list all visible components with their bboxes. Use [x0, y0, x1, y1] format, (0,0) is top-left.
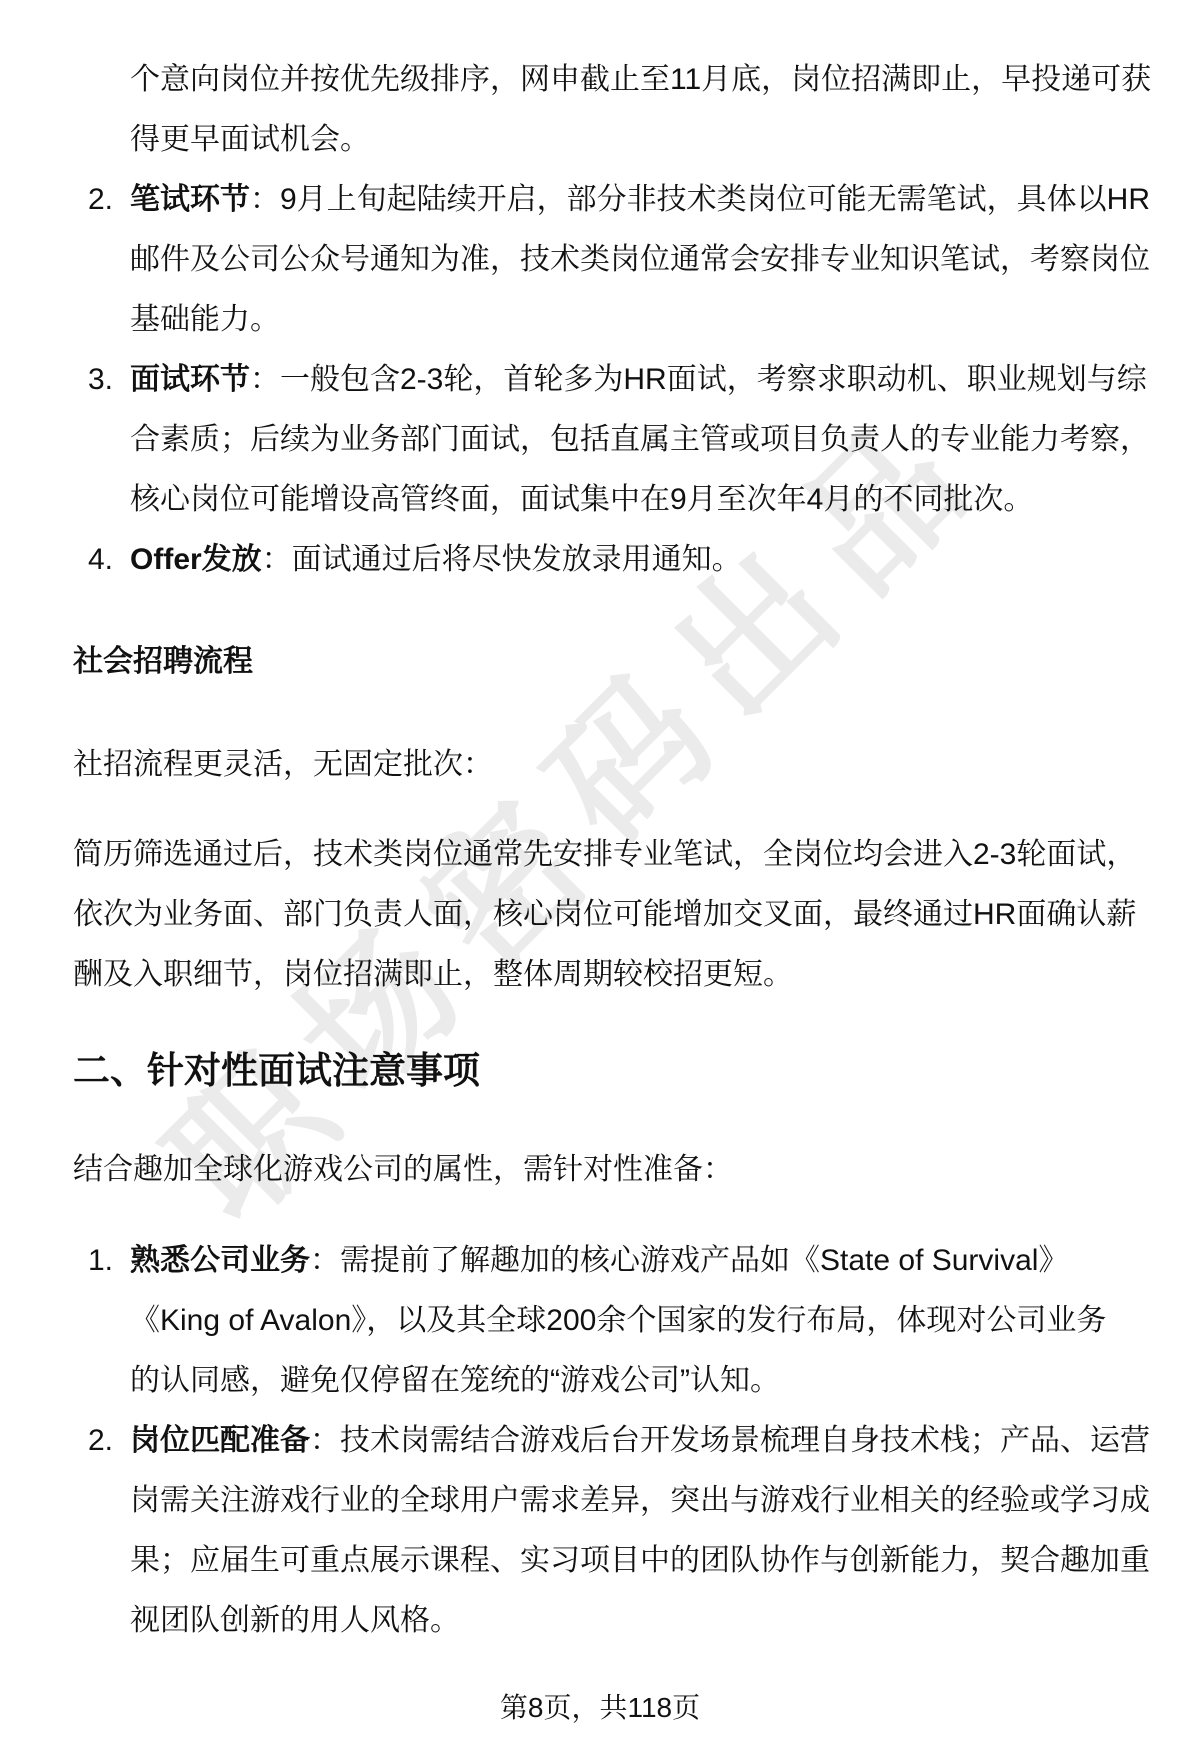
text-line: 视团队创新的用人风格。: [130, 1591, 1200, 1651]
list-item-offer: 4.Offer发放：面试通过后将尽快发放录用通知。: [130, 530, 1200, 590]
text-line: 个意向岗位并按优先级排序，网申截止至11月底，岗位招满即止，早投递可获: [130, 50, 1200, 110]
item-text: ：技术岗需结合游戏后台开发场景梳理自身技术栈；产品、运营: [310, 1424, 1150, 1457]
list-item-written-test: 2.笔试环节：9月上旬起陆续开启，部分非技术类岗位可能无需笔试，具体以HR 邮件…: [130, 170, 1200, 350]
text-line: 3.面试环节：一般包含2-3轮，首轮多为HR面试，考察求职动机、职业规划与综: [130, 350, 1200, 410]
social-recruiting-heading: 社会招聘流程: [73, 632, 1200, 692]
section-two-intro: 结合趣加全球化游戏公司的属性，需针对性准备：: [73, 1140, 1200, 1200]
social-recruiting-intro: 社招流程更灵活，无固定批次：: [73, 735, 1200, 795]
text-line: 2.岗位匹配准备：技术岗需结合游戏后台开发场景梳理自身技术栈；产品、运营: [130, 1411, 1200, 1471]
text-line: 的认同感，避免仅停留在笼统的“游戏公司”认知。: [130, 1351, 1200, 1411]
text-line: 结合趣加全球化游戏公司的属性，需针对性准备：: [73, 1140, 1200, 1200]
text-line: 2.笔试环节：9月上旬起陆续开启，部分非技术类岗位可能无需笔试，具体以HR: [130, 170, 1200, 230]
list-item-application-continuation: 个意向岗位并按优先级排序，网申截止至11月底，岗位招满即止，早投递可获 得更早面…: [130, 50, 1200, 170]
campus-recruiting-list: 个意向岗位并按优先级排序，网申截止至11月底，岗位招满即止，早投递可获 得更早面…: [130, 50, 1200, 590]
text-line: 基础能力。: [130, 290, 1200, 350]
list-item-company-business: 1.熟悉公司业务：需提前了解趣加的核心游戏产品如《State of Surviv…: [130, 1231, 1200, 1411]
item-label: 岗位匹配准备: [130, 1424, 310, 1457]
list-number: 2.: [88, 170, 113, 230]
list-number: 1.: [88, 1231, 113, 1291]
item-label: 熟悉公司业务: [130, 1244, 310, 1277]
item-text: ：一般包含2-3轮，首轮多为HR面试，考察求职动机、职业规划与综: [250, 363, 1147, 396]
document-page: { "page": { "watermark": "职场密码出品", "foot…: [0, 0, 1200, 1755]
text-line: 社招流程更灵活，无固定批次：: [73, 735, 1200, 795]
list-number: 2.: [88, 1411, 113, 1471]
text-line: 依次为业务面、部门负责人面，核心岗位可能增加交叉面，最终通过HR面确认薪: [73, 885, 1200, 945]
item-label: 笔试环节: [130, 183, 250, 216]
item-text: ：面试通过后将尽快发放录用通知。: [262, 543, 742, 576]
page-number-footer: 第8页，共118页: [0, 1678, 1200, 1738]
section-two-heading: 二、针对性面试注意事项: [73, 1041, 1200, 1101]
section-two-list: 1.熟悉公司业务：需提前了解趣加的核心游戏产品如《State of Surviv…: [130, 1231, 1200, 1651]
text-line: 1.熟悉公司业务：需提前了解趣加的核心游戏产品如《State of Surviv…: [130, 1231, 1200, 1291]
text-line: 邮件及公司公众号通知为准，技术类岗位通常会安排专业知识笔试，考察岗位: [130, 230, 1200, 290]
text-line: 《King of Avalon》，以及其全球200余个国家的发行布局，体现对公司…: [130, 1291, 1200, 1351]
text-line: 合素质；后续为业务部门面试，包括直属主管或项目负责人的专业能力考察，: [130, 410, 1200, 470]
social-recruiting-paragraph: 简历筛选通过后，技术类岗位通常先安排专业笔试，全岗位均会进入2-3轮面试， 依次…: [73, 825, 1200, 1005]
text-line: 4.Offer发放：面试通过后将尽快发放录用通知。: [130, 530, 1200, 590]
list-number: 3.: [88, 350, 113, 410]
item-text: ：需提前了解趣加的核心游戏产品如《State of Survival》: [310, 1244, 1068, 1277]
text-line: 简历筛选通过后，技术类岗位通常先安排专业笔试，全岗位均会进入2-3轮面试，: [73, 825, 1200, 885]
text-line: 得更早面试机会。: [130, 110, 1200, 170]
text-line: 果；应届生可重点展示课程、实习项目中的团队协作与创新能力，契合趣加重: [130, 1531, 1200, 1591]
list-number: 4.: [88, 530, 113, 590]
text-line: 酬及入职细节，岗位招满即止，整体周期较校招更短。: [73, 945, 1200, 1005]
item-label: 面试环节: [130, 363, 250, 396]
list-item-position-match: 2.岗位匹配准备：技术岗需结合游戏后台开发场景梳理自身技术栈；产品、运营 岗需关…: [130, 1411, 1200, 1651]
document-content: 个意向岗位并按优先级排序，网申截止至11月底，岗位招满即止，早投递可获 得更早面…: [0, 0, 1200, 1738]
text-line: 岗需关注游戏行业的全球用户需求差异，突出与游戏行业相关的经验或学习成: [130, 1471, 1200, 1531]
text-line: 核心岗位可能增设高管终面，面试集中在9月至次年4月的不同批次。: [130, 470, 1200, 530]
item-text: ：9月上旬起陆续开启，部分非技术类岗位可能无需笔试，具体以HR: [250, 183, 1150, 216]
item-label: Offer发放: [130, 543, 262, 576]
list-item-interview: 3.面试环节：一般包含2-3轮，首轮多为HR面试，考察求职动机、职业规划与综 合…: [130, 350, 1200, 530]
